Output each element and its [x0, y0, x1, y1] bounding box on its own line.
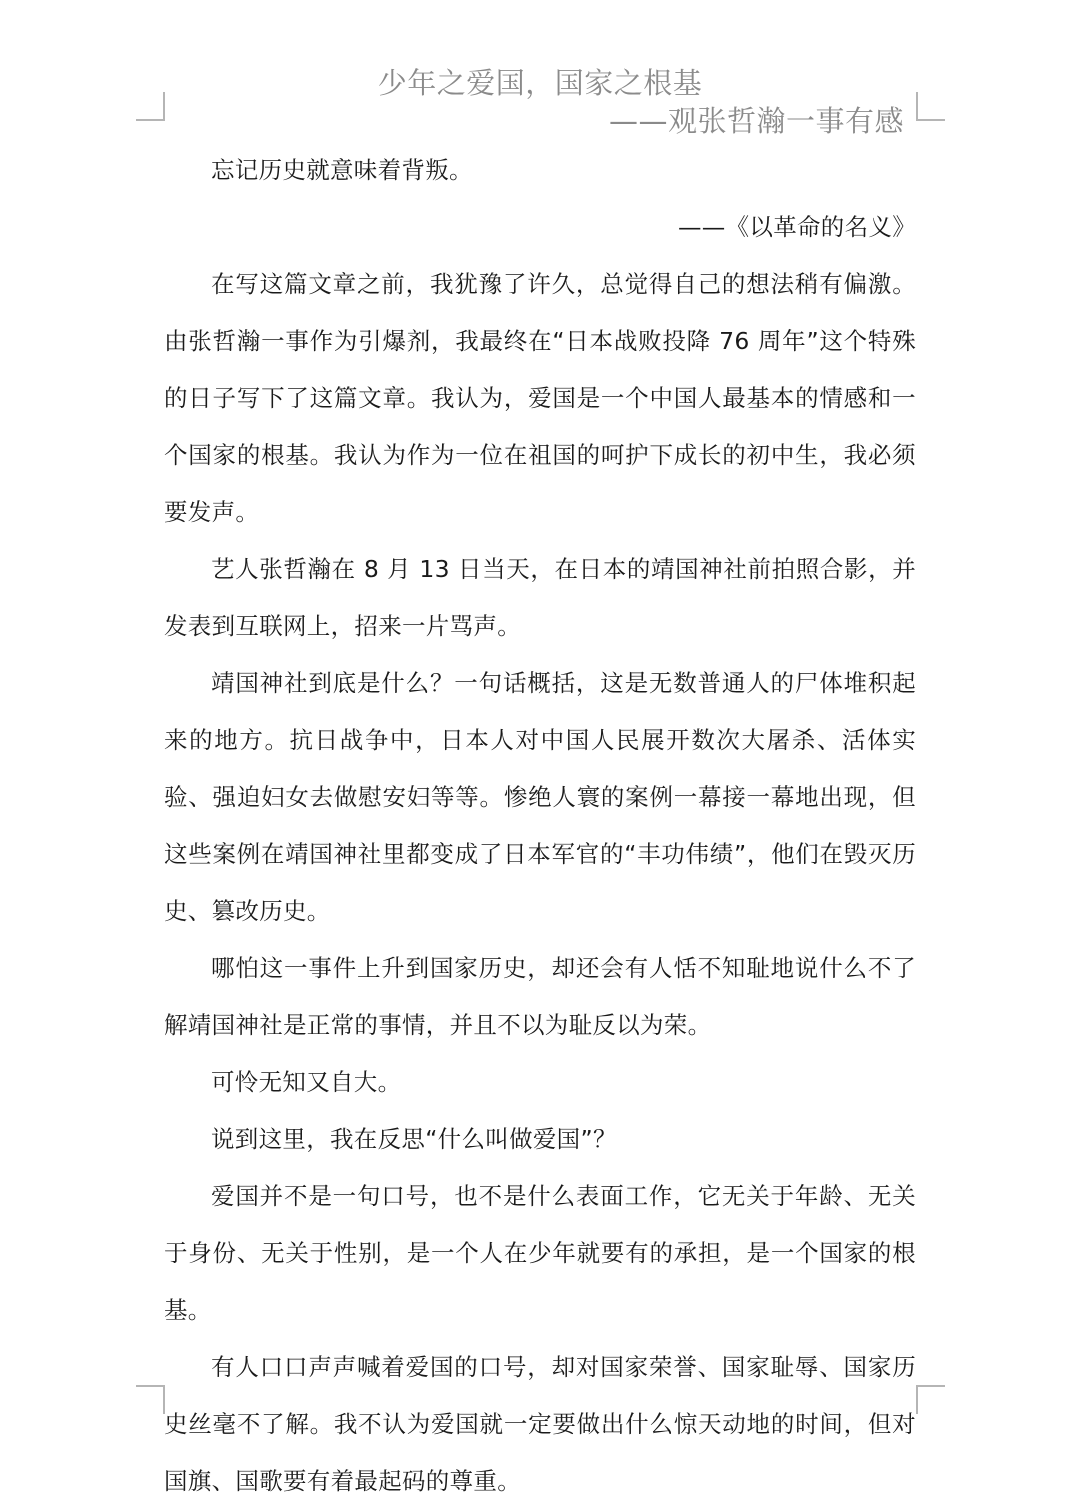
document-subtitle: ——观张哲瀚一事有感: [609, 102, 904, 140]
document-body: 忘记历史就意味着背叛。 ——《以革命的名义》 在写这篇文章之前，我犹豫了许久，总…: [164, 142, 916, 1507]
paragraph: 哪怕这一事件上升到国家历史，却还会有人恬不知耻地说什么不了解靖国神社是正常的事情…: [164, 940, 916, 1054]
paragraph: 靖国神社到底是什么？一句话概括，这是无数普通人的尸体堆积起来的地方。抗日战争中，…: [164, 655, 916, 940]
page-corner-mark-bottom-left: [136, 1385, 165, 1414]
document-page: 少年之爱国，国家之根基 ——观张哲瀚一事有感 忘记历史就意味着背叛。 ——《以革…: [0, 0, 1080, 1507]
epigraph-quote: 忘记历史就意味着背叛。: [164, 142, 916, 199]
paragraph: 艺人张哲瀚在 8 月 13 日当天，在日本的靖国神社前拍照合影，并发表到互联网上…: [164, 541, 916, 655]
paragraph: 在写这篇文章之前，我犹豫了许久，总觉得自己的想法稍有偏激。由张哲瀚一事作为引爆剂…: [164, 256, 916, 541]
epigraph-source: ——《以革命的名义》: [164, 199, 916, 256]
paragraph: 有人口口声声喊着爱国的口号，却对国家荣誉、国家耻辱、国家历史丝毫不了解。我不认为…: [164, 1339, 916, 1507]
document-title: 少年之爱国，国家之根基: [0, 64, 1080, 102]
paragraph: 爱国并不是一句口号，也不是什么表面工作，它无关于年龄、无关于身份、无关于性别，是…: [164, 1168, 916, 1339]
paragraph: 可怜无知又自大。: [164, 1054, 916, 1111]
paragraph: 说到这里，我在反思“什么叫做爱国”？: [164, 1111, 916, 1168]
page-corner-mark-bottom-right: [916, 1385, 945, 1414]
